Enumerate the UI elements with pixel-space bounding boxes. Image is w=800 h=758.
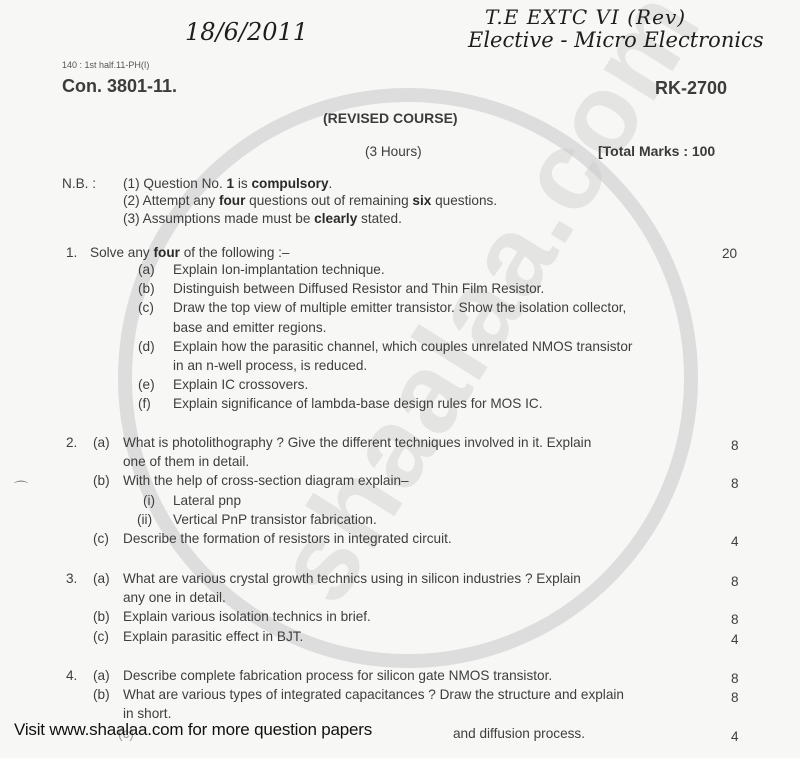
- question-part-text: base and emitter regions.: [173, 320, 326, 335]
- question-marks: 8: [731, 690, 739, 705]
- question-part-label: (a): [138, 262, 155, 277]
- paper-code: RK-2700: [655, 78, 727, 99]
- course-type: (REVISED COURSE): [323, 110, 458, 126]
- question-paper-page: shaalaa.com 18/6/2011 T.E EXTC VI (Rev) …: [0, 0, 800, 758]
- question-part-text: Draw the top view of multiple emitter tr…: [173, 300, 626, 315]
- question-marks: 20: [722, 246, 737, 261]
- question-marks: 4: [731, 632, 739, 647]
- question-part-text: Explain Ion-implantation technique.: [173, 262, 385, 277]
- question-part-label: (a): [93, 435, 110, 450]
- question-part-text: Describe complete fabrication process fo…: [123, 668, 552, 683]
- duration: (3 Hours): [365, 144, 422, 159]
- question-part-label: (b): [93, 473, 110, 488]
- question-part-label: (d): [138, 339, 155, 354]
- question-part-label: (b): [93, 609, 110, 624]
- question-marks: 4: [731, 729, 739, 744]
- question-marks: 8: [731, 574, 739, 589]
- question-marks: 4: [731, 534, 739, 549]
- question-part-label: (c): [93, 629, 109, 644]
- question-part-text: Explain significance of lambda-base desi…: [173, 396, 542, 411]
- instruction-item: (2) Attempt any four questions out of re…: [123, 193, 497, 208]
- question-stem: Solve any four of the following :–: [90, 245, 290, 260]
- question-part-label: (b): [93, 687, 110, 702]
- question-number: 3.: [66, 571, 77, 586]
- question-marks: 8: [731, 671, 739, 686]
- question-part-text: Explain IC crossovers.: [173, 377, 308, 392]
- question-part-label: (a): [93, 571, 110, 586]
- footer-link[interactable]: Visit www.shaalaa.com for more question …: [14, 720, 372, 740]
- instruction-number: (2): [123, 193, 140, 208]
- question-part-text: Describe the formation of resistors in i…: [123, 531, 452, 546]
- question-number: 2.: [66, 435, 77, 450]
- total-marks: [Total Marks : 100: [598, 143, 715, 159]
- question-number: 1.: [66, 245, 77, 260]
- question-part-label: (e): [138, 377, 155, 392]
- sub-part-label: (i): [143, 493, 155, 508]
- sub-part-label: (ii): [137, 512, 152, 527]
- sub-part-text: Vertical PnP transistor fabrication.: [173, 512, 377, 527]
- con-number: Con. 3801-11.: [62, 76, 177, 97]
- handwritten-course-line2: Elective - Micro Electronics: [468, 28, 764, 52]
- sub-part-text: Lateral pnp: [173, 493, 241, 508]
- question-marks: 8: [731, 612, 739, 627]
- question-part-text: With the help of cross-section diagram e…: [123, 473, 409, 488]
- paper-code-small: 140 : 1st half.11-PH(I): [62, 60, 149, 70]
- question-part-text: one of them in detail.: [123, 454, 249, 469]
- instruction-number: (3): [123, 211, 140, 226]
- question-part-label: (c): [138, 300, 154, 315]
- question-marks: 8: [731, 438, 739, 453]
- instruction-number: (1): [123, 176, 140, 191]
- question-part-label: (c): [93, 531, 109, 546]
- question-part-text: Explain how the parasitic channel, which…: [173, 339, 632, 354]
- question-part-text: in an n-well process, is reduced.: [173, 358, 367, 373]
- question-part-text: Distinguish between Diffused Resistor an…: [173, 281, 544, 296]
- question-part-text: Explain parasitic effect in BJT.: [123, 629, 303, 644]
- question-part-label: (b): [138, 281, 155, 296]
- question-part-text: and diffusion process.: [453, 726, 585, 741]
- question-part-text: any one in detail.: [123, 590, 226, 605]
- instruction-item: (1) Question No. 1 is compulsory.: [123, 176, 332, 191]
- instruction-item: (3) Assumptions made must be clearly sta…: [123, 211, 402, 226]
- question-part-text: What is photolithography ? Give the diff…: [123, 435, 591, 450]
- handwritten-date: 18/6/2011: [185, 18, 308, 46]
- handwritten-course-line1: T.E EXTC VI (Rev): [485, 5, 686, 29]
- question-number: 4.: [66, 668, 77, 683]
- question-part-label: (f): [138, 396, 151, 411]
- nb-label: N.B. :: [62, 176, 96, 191]
- margin-tick-mark: ⌒: [14, 478, 28, 498]
- question-part-text: What are various types of integrated cap…: [123, 687, 624, 702]
- question-part-label: (a): [93, 668, 110, 683]
- question-part-text: What are various crystal growth technics…: [123, 571, 581, 586]
- question-marks: 8: [731, 476, 739, 491]
- question-part-text: Explain various isolation technics in br…: [123, 609, 371, 624]
- watermark-text: shaalaa.com: [248, 165, 601, 623]
